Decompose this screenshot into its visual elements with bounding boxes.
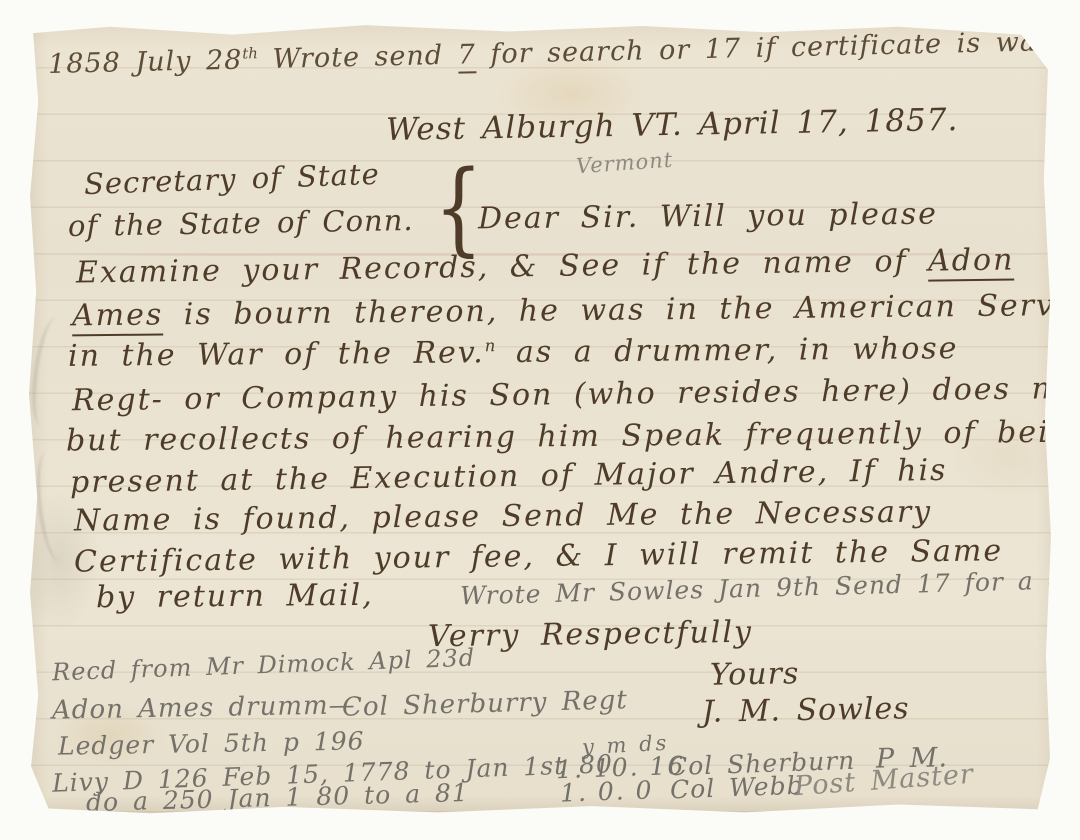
letter-paper-sheet: 1858 July 28th Wrote send 7 for search o… — [28, 22, 1052, 814]
body-line-3: in the War of the Rev.n as a drummer, in… — [68, 332, 959, 373]
body-line-5: but recollects of hearing him Speak freq… — [66, 416, 1080, 458]
docket-annotation-1858: 1858 July 28th Wrote send 7 for search o… — [48, 26, 1080, 80]
body-line-4: Regt- or Company his Son (who resides he… — [72, 372, 1080, 418]
pencil-state-note: Vermont — [575, 149, 674, 179]
docket-row2-ledger: Ledger Vol 5th p 196 — [58, 727, 365, 760]
interlined-word-know: know — [1047, 353, 1080, 377]
signature: J. M. Sowles — [702, 692, 910, 729]
address-line-2: of the State of Conn. — [68, 205, 414, 243]
closing-respectfully: Verry Respectfully — [428, 616, 753, 654]
docket-row1-regiment: Col Sherburry Regt — [342, 686, 628, 722]
docket-row1-name: Adon Ames drumm— — [52, 691, 356, 725]
body-text: is bourn thereon, he was in the American… — [163, 288, 1080, 333]
docket-underlined-fee: 7 — [457, 39, 476, 73]
salutation: Dear Sir. Will you please — [478, 198, 938, 236]
dateline: West Alburgh VT. April 17, 1857. — [386, 103, 959, 147]
body-line-2: Ames is bourn thereon, he was in the Ame… — [72, 289, 1080, 333]
body-line-7: Name is found, please Send Me the Necess… — [74, 496, 932, 538]
underlined-name-adon: Adon — [928, 242, 1015, 281]
scanned-letter-page: 1858 July 28th Wrote send 7 for search o… — [0, 0, 1080, 840]
docket-text: for search or 17 if certificate is wante… — [476, 25, 1080, 70]
docket-row4-duration: 1. 0. 0 — [560, 776, 654, 807]
body-text: Examine your Records, & See if the name … — [76, 244, 929, 291]
body-line-1: Examine your Records, & See if the name … — [76, 243, 1015, 289]
docket-text: 1858 July 28 — [48, 45, 243, 80]
docket-row4-colonel: Col Webb — [670, 772, 804, 804]
body-text: as a drummer, in whose — [495, 331, 958, 370]
body-text: Regt- or Company his Son (who resides he… — [72, 371, 1080, 419]
pencil-received-note: Recd from Mr Dimock Apl 23d — [52, 645, 476, 686]
body-text: in the War of the Rev. — [68, 335, 485, 374]
body-line-6: present at the Execution of Major Andre,… — [70, 454, 948, 499]
underlined-name-ames: Ames — [72, 297, 164, 336]
address-line-1: Secretary of State — [84, 159, 381, 201]
body-line-9: by return Mail, — [96, 579, 374, 614]
docket-superscript: th — [242, 44, 258, 62]
closing-yours: Yours — [710, 657, 800, 692]
rev-superscript: n — [485, 336, 496, 355]
docket-text: Wrote send — [258, 40, 458, 76]
margin-pencil-smudge — [26, 315, 71, 428]
margin-pencil-smudge — [31, 451, 74, 564]
